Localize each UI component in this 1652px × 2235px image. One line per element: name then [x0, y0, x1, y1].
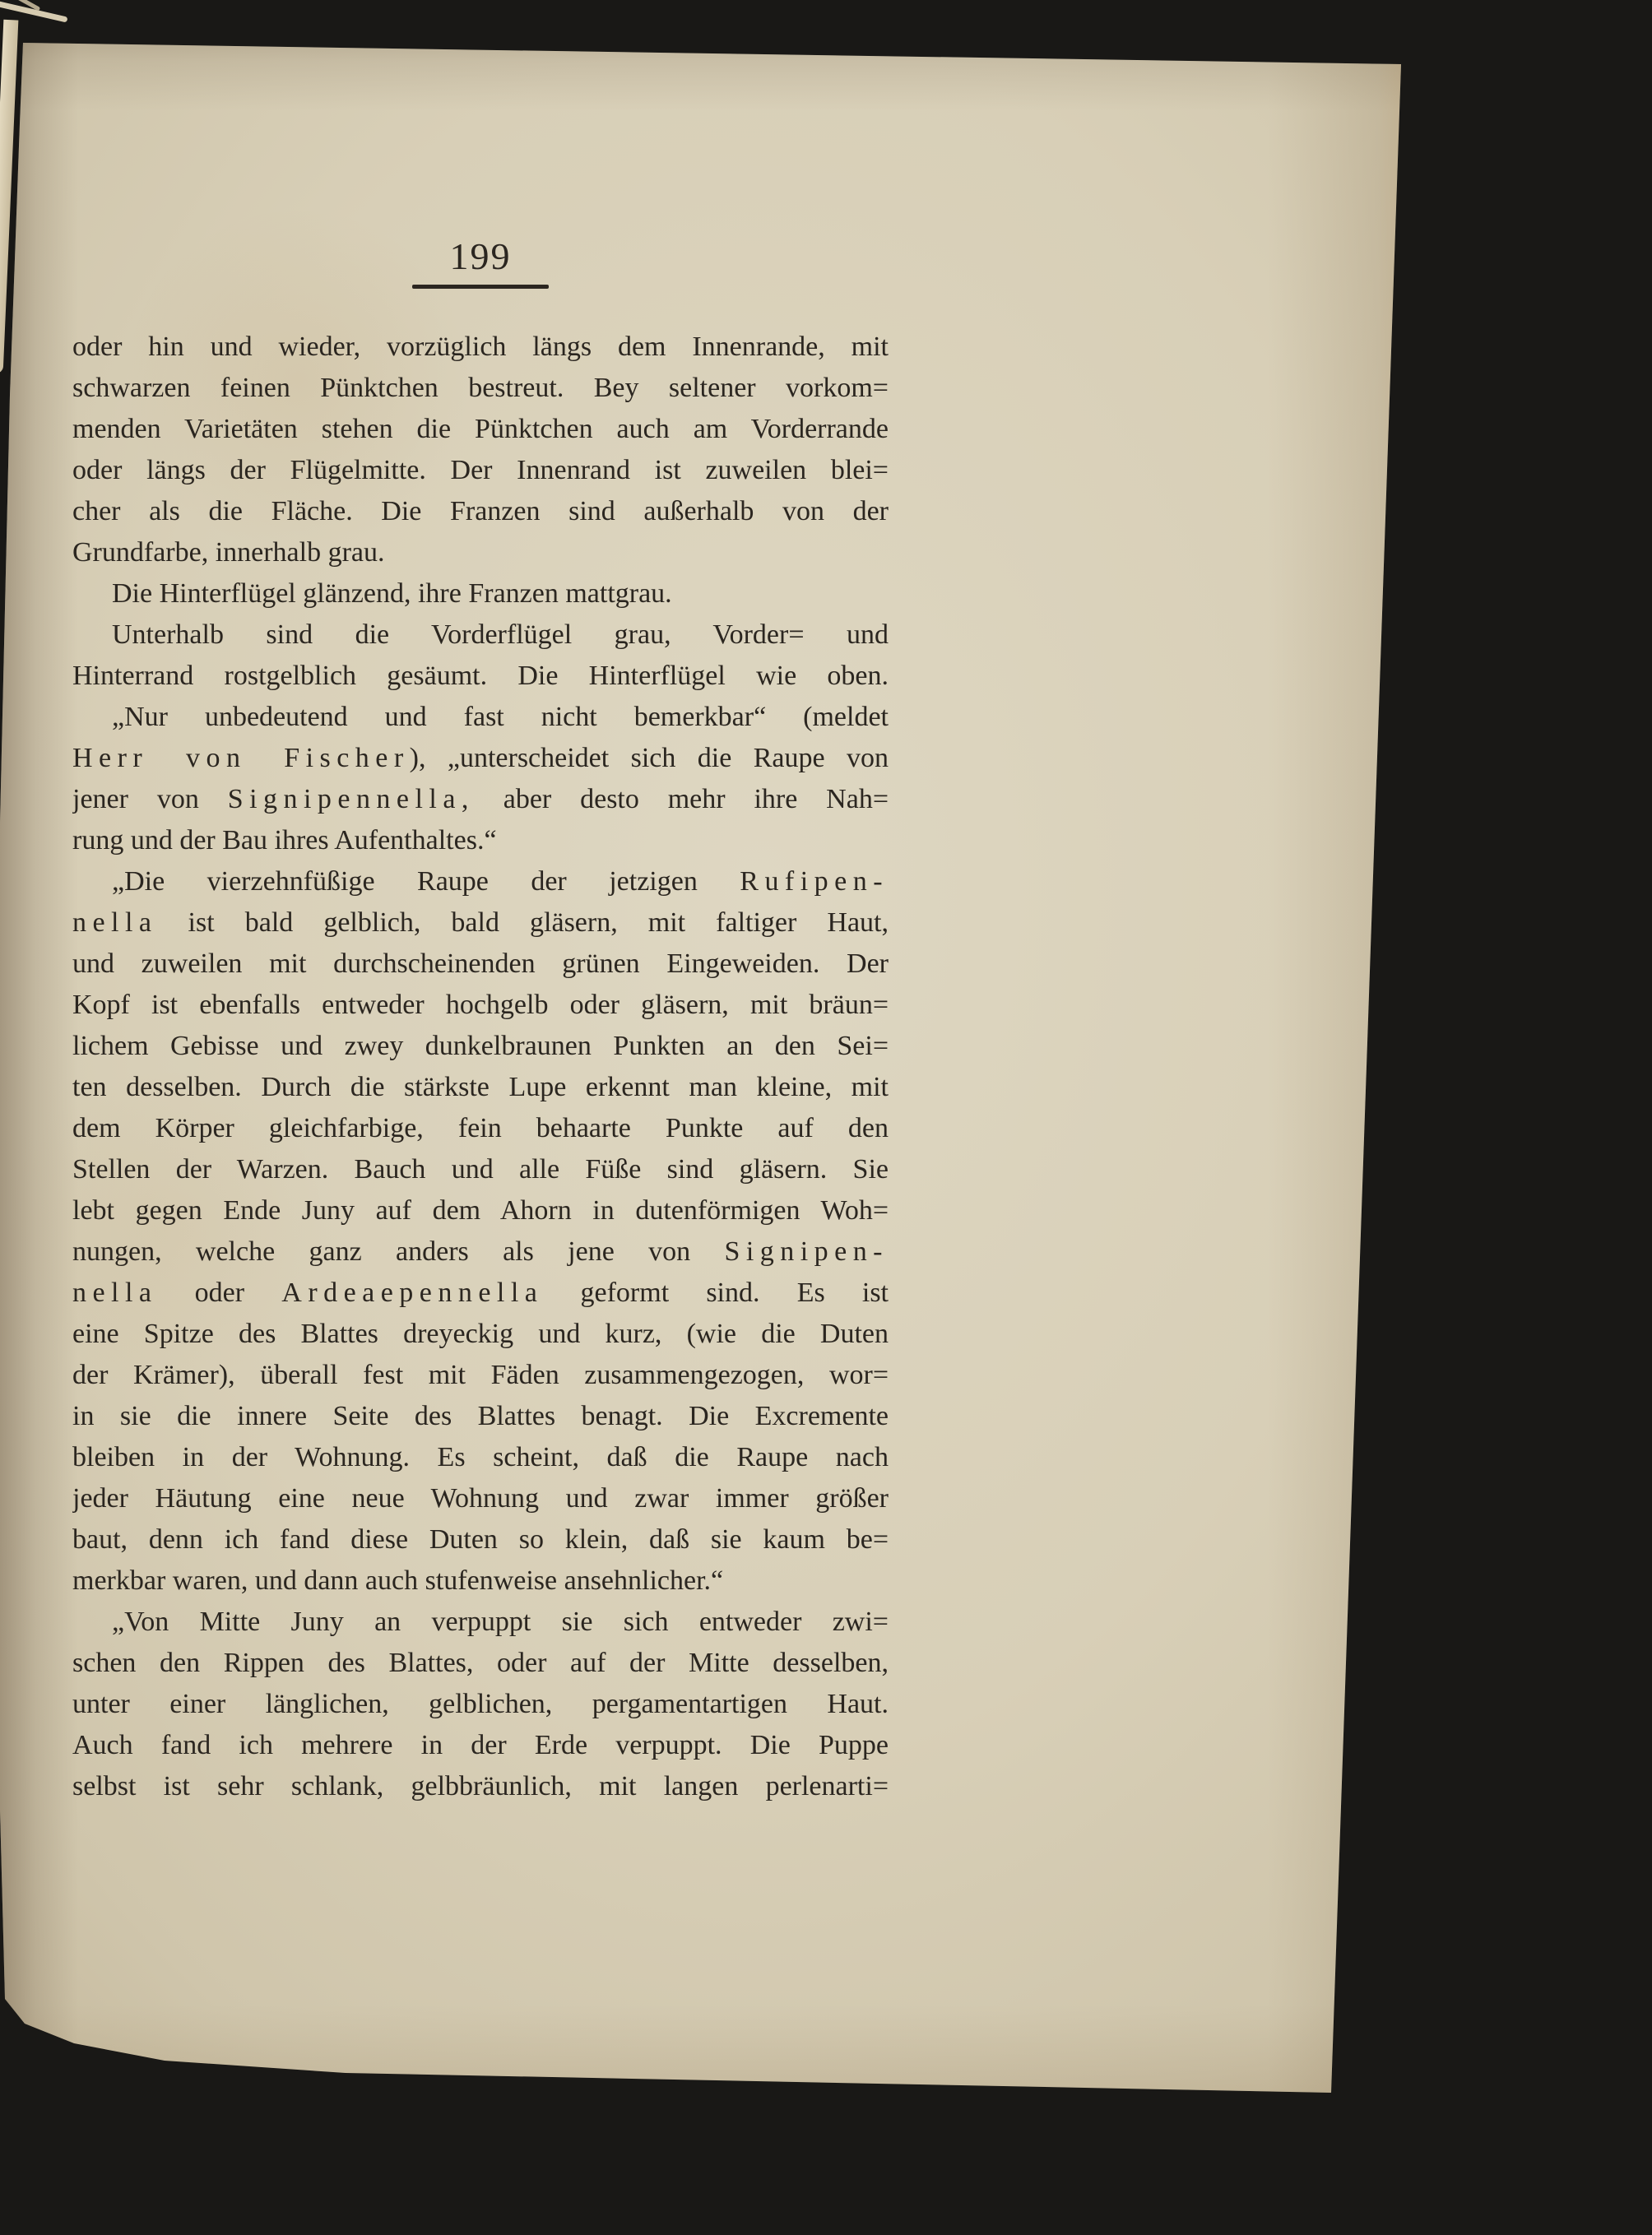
text-line: schwarzen feinen Pünktchen bestreut. Bey…	[72, 368, 889, 409]
text-line: Grundfarbe, innerhalb grau.	[72, 532, 889, 573]
text-segment: oder	[157, 1277, 281, 1308]
text-line: unter einer länglichen, gelblichen, perg…	[72, 1684, 889, 1725]
text-line: eine Spitze des Blattes dreyeckig und ku…	[72, 1314, 889, 1355]
text-segment: ist bald gelblich, bald gläsern, mit fal…	[157, 907, 889, 938]
antiqua-name: Signipen-	[724, 1236, 889, 1267]
paragraph: oder hin und wieder, vorzüglich längs de…	[72, 327, 889, 573]
book-page: 199 oder hin und wieder, vorzüglich läng…	[0, 0, 1652, 2235]
paragraph: „Die vierzehnfüßige Raupe der jetzigen R…	[72, 861, 889, 1602]
bottom-edge-shadow	[0, 2005, 1652, 2112]
text-line: lebt gegen Ende Juny auf dem Ahorn in du…	[72, 1190, 889, 1231]
text-line: und zuweilen mit durchscheinenden grünen…	[72, 944, 889, 985]
text-line: Kopf ist ebenfalls entweder hochgelb ode…	[72, 985, 889, 1026]
book-scan-background: 199 oder hin und wieder, vorzüglich läng…	[0, 0, 1652, 2235]
text-line: rung und der Bau ihres Aufenthaltes.“	[72, 820, 889, 861]
paragraph: Unterhalb sind die Vorderflügel grau, Vo…	[72, 614, 889, 697]
paragraph: Die Hinterflügel glänzend, ihre Franzen …	[72, 573, 889, 614]
text-line: Die Hinterflügel glänzend, ihre Franzen …	[72, 573, 889, 614]
text-line: „Die vierzehnfüßige Raupe der jetzigen R…	[72, 861, 889, 902]
text-line: cher als die Fläche. Die Franzen sind au…	[72, 491, 889, 532]
page-number-rule	[412, 285, 549, 289]
text-line: selbst ist sehr schlank, gelbbräunlich, …	[72, 1766, 889, 1807]
text-line: schen den Rippen des Blattes, oder auf d…	[72, 1643, 889, 1684]
text-line: merkbar waren, und dann auch stufenweise…	[72, 1560, 889, 1602]
antiqua-name: Herr von Fischer	[72, 743, 410, 773]
text-segment: jener von	[72, 784, 228, 814]
text-line: jener von Signipennella, aber desto mehr…	[72, 779, 889, 820]
antiqua-name: Rufipen-	[740, 866, 889, 897]
paragraph: „Nur unbedeutend und fast nicht bemerkba…	[72, 697, 889, 861]
text-line: „Von Mitte Juny an verpuppt sie sich ent…	[72, 1602, 889, 1643]
text-line: Hinterrand rostgelblich gesäumt. Die Hin…	[72, 656, 889, 697]
text-line: Stellen der Warzen. Bauch und alle Füße …	[72, 1149, 889, 1190]
text-line: oder hin und wieder, vorzüglich längs de…	[72, 327, 889, 368]
text-line: der Krämer), überall fest mit Fäden zusa…	[72, 1355, 889, 1396]
text-segment: geformt sind. Es ist	[543, 1277, 889, 1308]
page-content: 199 oder hin und wieder, vorzüglich läng…	[72, 222, 889, 1807]
text-line: „Nur unbedeutend und fast nicht bemerkba…	[72, 697, 889, 738]
text-line: baut, denn ich fand diese Duten so klein…	[72, 1519, 889, 1560]
text-line: jeder Häutung eine neue Wohnung und zwar…	[72, 1478, 889, 1519]
text-segment: „Die vierzehnfüßige Raupe der jetzigen	[112, 866, 740, 897]
text-line: dem Körper gleichfarbige, fein behaarte …	[72, 1108, 889, 1149]
text-line: Herr von Fischer), „unterscheidet sich d…	[72, 738, 889, 779]
text-line: lichem Gebisse und zwey dunkelbraunen Pu…	[72, 1026, 889, 1067]
antiqua-name: nella	[72, 1277, 157, 1308]
text-line: bleiben in der Wohnung. Es scheint, daß …	[72, 1437, 889, 1478]
text-block: oder hin und wieder, vorzüglich längs de…	[72, 327, 889, 1807]
text-line: nella ist bald gelblich, bald gläsern, m…	[72, 902, 889, 944]
text-segment: aber desto mehr ihre Nah=	[475, 784, 889, 814]
text-line: Unterhalb sind die Vorderflügel grau, Vo…	[72, 614, 889, 656]
paragraph: „Von Mitte Juny an verpuppt sie sich ent…	[72, 1602, 889, 1807]
text-line: in sie die innere Seite des Blattes bena…	[72, 1396, 889, 1437]
text-line: menden Varietäten stehen die Pünktchen a…	[72, 409, 889, 450]
text-line: ten desselben. Durch die stärkste Lupe e…	[72, 1067, 889, 1108]
top-edge-shadow	[0, 0, 1652, 111]
right-edge-shadow	[1267, 0, 1415, 2235]
text-line: nungen, welche ganz anders als jene von …	[72, 1231, 889, 1273]
page-number: 199	[72, 222, 889, 280]
antiqua-name: Signipennella,	[228, 784, 475, 814]
gutter-shadow	[0, 0, 78, 2235]
text-line: Auch fand ich mehrere in der Erde verpup…	[72, 1725, 889, 1766]
text-line: nella oder Ardeaepennella geformt sind. …	[72, 1273, 889, 1314]
antiqua-name: Ardeaepennella	[281, 1277, 543, 1308]
text-line: oder längs der Flügelmitte. Der Innenran…	[72, 450, 889, 491]
text-segment: ), „unterscheidet sich die Raupe von	[410, 743, 889, 773]
antiqua-name: nella	[72, 907, 157, 938]
text-segment: nungen, welche ganz anders als jene von	[72, 1236, 724, 1267]
